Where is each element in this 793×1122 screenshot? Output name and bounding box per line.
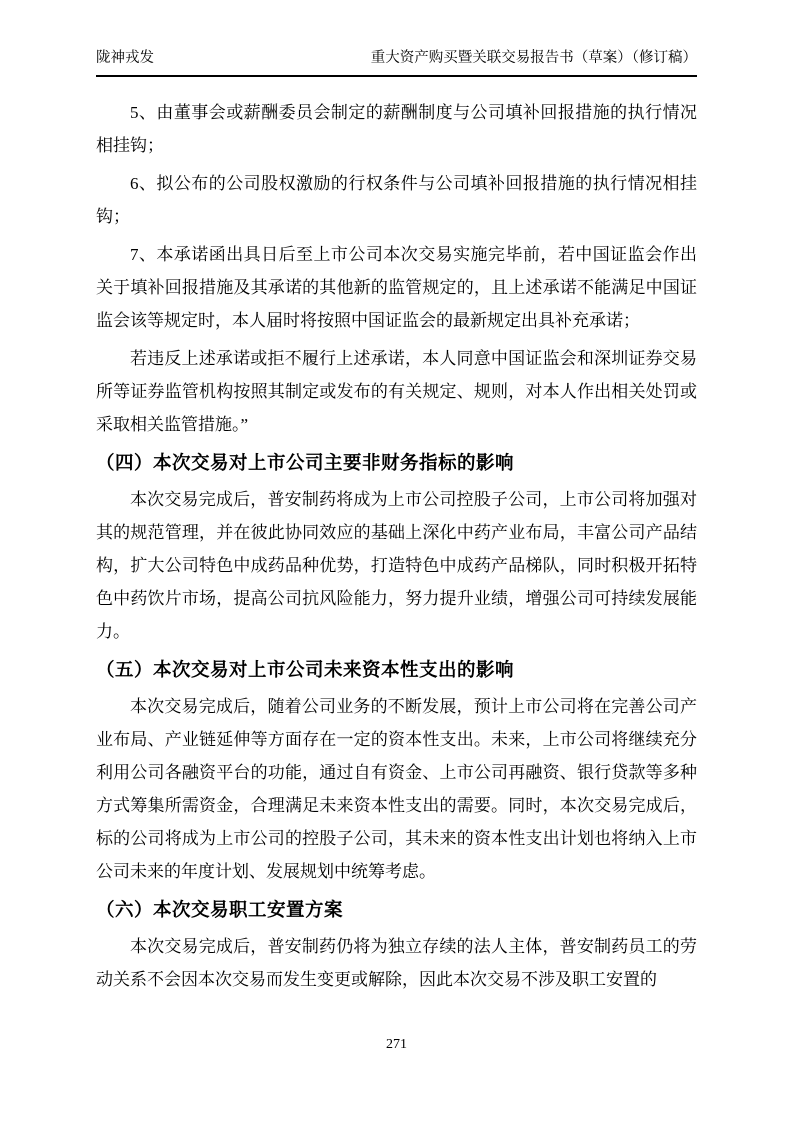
header-report-title: 重大资产购买暨关联交易报告书（草案）（修订稿） — [371, 48, 697, 68]
page-footer: 271 — [0, 1036, 793, 1054]
commitment-closing-paragraph: 若违反上述承诺或拒不履行上述承诺，本人同意中国证监会和深圳证券交易所等证券监管机… — [96, 342, 697, 441]
section-4-paragraph: 本次交易完成后，普安制药将成为上市公司控股子公司，上市公司将加强对其的规范管理，… — [96, 483, 697, 648]
section-5-paragraph: 本次交易完成后，随着公司业务的不断发展，预计上市公司将在完善公司产业布局、产业链… — [96, 690, 697, 888]
section-heading-4: （四）本次交易对上市公司主要非财务指标的影响 — [96, 449, 697, 477]
numbered-item-6: 6、拟公布的公司股权激励的行权条件与公司填补回报措施的执行情况相挂钩； — [96, 167, 697, 233]
page-number: 271 — [386, 1037, 407, 1052]
section-heading-6: （六）本次交易职工安置方案 — [96, 896, 697, 924]
numbered-item-7: 7、本承诺函出具日后至上市公司本次交易实施完毕前，若中国证监会作出关于填补回报措… — [96, 238, 697, 337]
section-heading-5: （五）本次交易对上市公司未来资本性支出的影响 — [96, 656, 697, 684]
header-company-name: 陇神戎发 — [96, 48, 154, 68]
document-body: 5、由董事会或薪酬委员会制定的薪酬制度与公司填补回报措施的执行情况相挂钩； 6、… — [96, 96, 697, 1001]
document-page: 陇神戎发 重大资产购买暨关联交易报告书（草案）（修订稿） 5、由董事会或薪酬委员… — [0, 0, 793, 1122]
page-header: 陇神戎发 重大资产购买暨关联交易报告书（草案）（修订稿） — [96, 48, 697, 74]
section-6-paragraph: 本次交易完成后，普安制药仍将为独立存续的法人主体，普安制药员工的劳动关系不会因本… — [96, 930, 697, 996]
header-divider — [96, 75, 697, 77]
numbered-item-5: 5、由董事会或薪酬委员会制定的薪酬制度与公司填补回报措施的执行情况相挂钩； — [96, 96, 697, 162]
